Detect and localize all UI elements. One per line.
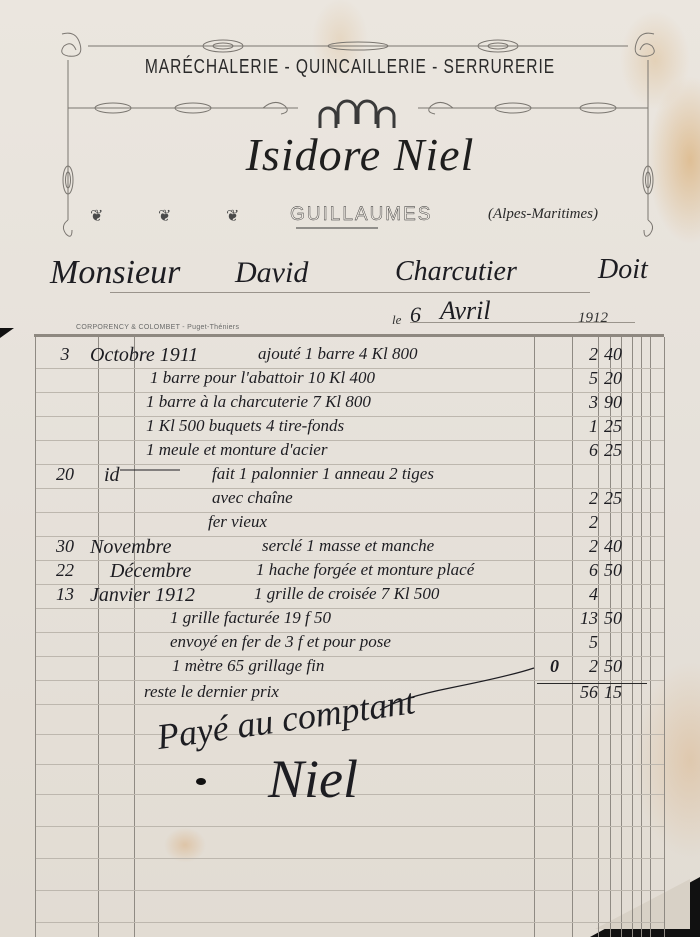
signature: Niel	[268, 748, 358, 810]
ink-blot	[196, 778, 206, 785]
